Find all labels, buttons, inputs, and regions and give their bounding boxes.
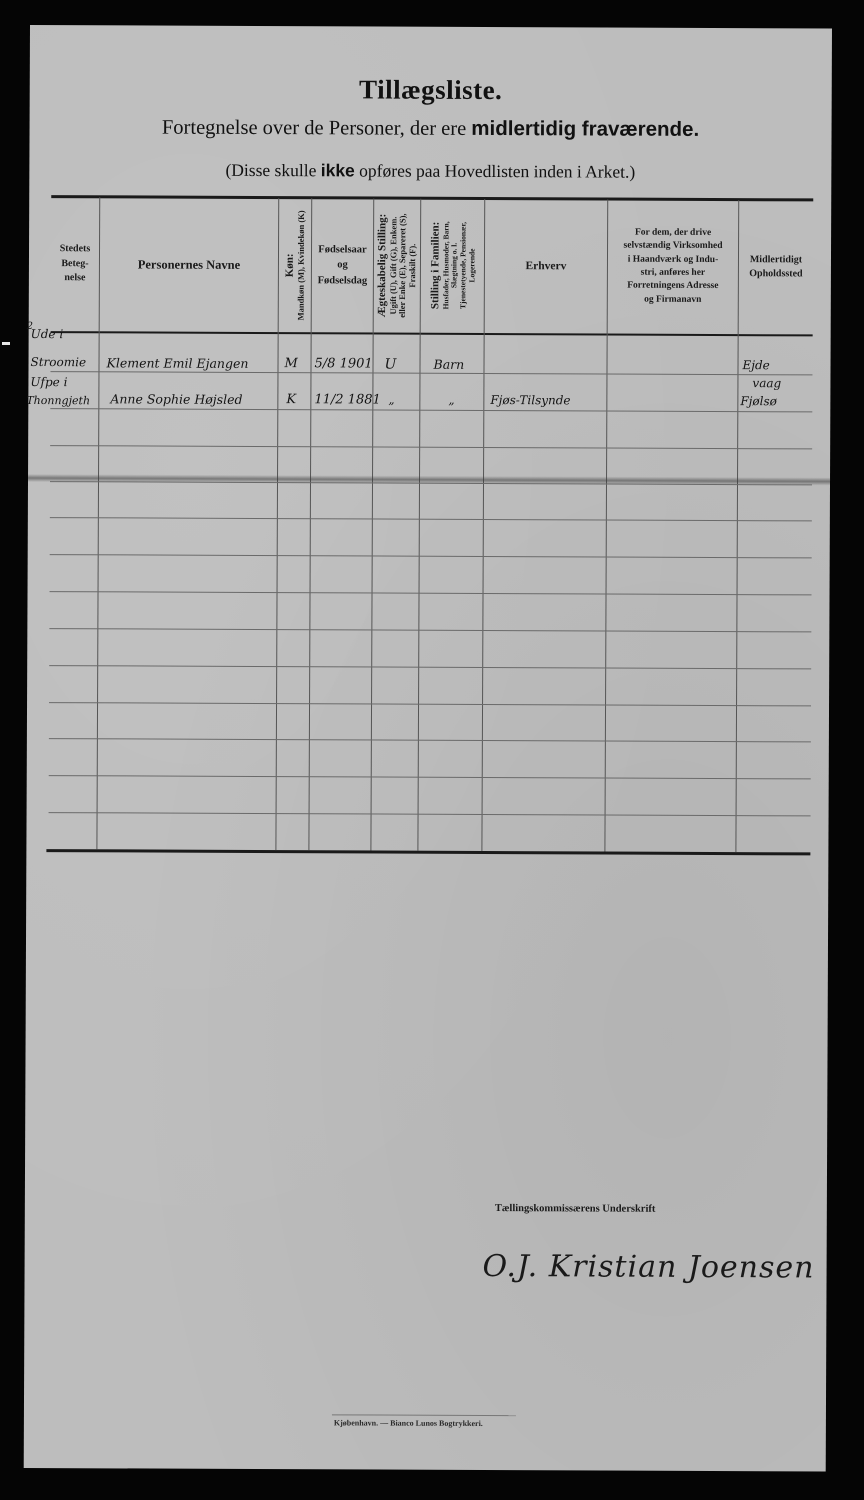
note-suffix: opføres paa Hovedlisten inden i Arket.) <box>355 160 636 181</box>
header-sub: Fraskilt (F). <box>407 244 417 288</box>
row1-marital: U <box>384 357 396 373</box>
row-line <box>49 702 811 706</box>
header-stedets-betegnelse: Stedets Beteg- nelse <box>51 199 100 329</box>
row1-family-position: Barn <box>433 357 464 372</box>
form-subtitle: Fortegnelse over de Personer, der ere mi… <box>30 115 832 142</box>
header-sub: Tjenestetyende, Pensionær, <box>458 222 467 309</box>
header-line: Opholdssted <box>749 267 802 282</box>
header-line: nelse <box>60 271 91 286</box>
row2-place-line2: Thonngjeth <box>26 394 90 407</box>
header-sub: Ugift (U), Gift (G), Enkem. <box>387 217 397 315</box>
header-line: For dem, der drive <box>624 227 723 241</box>
row-line <box>49 665 811 669</box>
header-kjon: Køn: Mandkøn (M), Kvindekøn (K) <box>279 200 312 330</box>
row-line <box>50 408 812 412</box>
row1-sex: M <box>284 356 297 371</box>
header-sub: Husfader, Husmoder, Barn, <box>440 222 449 310</box>
header-sub: eller Enke (E), Separeret (S), <box>397 213 407 317</box>
row1-birth: 5/8 1901 <box>314 356 372 371</box>
row1-residence-line1: Ejde <box>742 358 769 372</box>
header-stilling-i-familien: Stilling i Familien: Husfader, Husmoder,… <box>421 201 485 331</box>
header-fodselsaar: Fødselsaar og Fødselsdag <box>312 200 374 330</box>
header-main: Ægteskabelig Stilling: <box>376 214 388 318</box>
row-line <box>49 775 811 779</box>
row1-name: Klement Emil Ejangen <box>106 355 248 371</box>
row2-birth: 11/2 1881 <box>314 392 380 407</box>
header-line: Fødselsaar <box>318 242 368 257</box>
header-line: stri, anføres her <box>623 267 722 281</box>
header-kjon-sub: Mandkøn (M), Kvindekøn (K) <box>295 210 305 320</box>
row2-place-line1: Ufpe i <box>30 375 67 389</box>
printer-imprint: Kjøbenhavn. — Bianco Lunos Bogtrykkeri. <box>334 1418 483 1428</box>
header-sub: Slægtning o. l. <box>449 243 458 288</box>
census-form-sheet: Tillægsliste. Fortegnelse over de Person… <box>24 25 832 1471</box>
row-line <box>50 591 812 595</box>
header-line: Stedets <box>60 242 91 257</box>
row2-occupation: Fjøs-Tilsynde <box>490 393 570 407</box>
header-virksomhed: For dem, der drive selvstændig Virksomhe… <box>608 202 739 333</box>
header-midlertidigt-opholdssted: Midlertidigt Opholdssted <box>739 202 814 332</box>
header-kjon-main: Køn: <box>284 253 296 277</box>
note-prefix: (Disse skulle <box>225 160 320 180</box>
row1-residence-line2: vaag <box>752 376 781 390</box>
row-line <box>50 554 812 558</box>
header-line: Fødselsdag <box>318 273 368 288</box>
header-line: i Haandværk og Indu- <box>623 253 722 267</box>
header-line: selvstændig Virksomhed <box>624 240 723 254</box>
row-line <box>49 812 811 816</box>
header-line: Beteg- <box>60 257 91 272</box>
header-sub: Logerende <box>466 249 475 283</box>
row1-place-line2: Stroomie <box>30 355 86 369</box>
form-note: (Disse skulle ikke opføres paa Hovedlist… <box>29 159 831 183</box>
row-line <box>49 628 811 632</box>
subtitle-text: Fortegnelse over de Personer, der ere <box>162 117 471 140</box>
subtitle-emphasis: midlertidig fraværende. <box>471 117 699 141</box>
header-line: og Firmanavn <box>623 293 722 307</box>
row2-residence: Fjølsø <box>740 394 777 408</box>
header-aegteskabelig-stilling: Ægteskabelig Stilling: Ugift (U), Gift (… <box>374 201 421 331</box>
scan-edge-mark <box>2 342 10 345</box>
note-emphasis: ikke <box>321 160 355 180</box>
header-personernes-navne: Personernes Navne <box>100 199 279 330</box>
imprint-rule <box>332 1414 516 1416</box>
row2-marital-ditto: „ <box>388 393 394 407</box>
header-erhverv: Erhverv <box>485 201 608 332</box>
row1-place-line1: Ude i <box>31 327 64 341</box>
commissioner-signature: O.J. Kristian Joensen <box>483 1249 815 1285</box>
row-line <box>50 445 812 449</box>
row-line <box>50 371 812 375</box>
header-line: Forretningens Adresse <box>623 280 722 294</box>
row-line <box>49 738 811 742</box>
row-line <box>50 517 812 521</box>
header-line: og <box>318 258 368 273</box>
form-title: Tillægsliste. <box>30 73 832 107</box>
header-line: Midlertidigt <box>749 253 802 268</box>
header-main: Stilling i Familien: <box>429 222 441 309</box>
row2-family-ditto: „ <box>448 393 454 407</box>
row2-name: Anne Sophie Højsled <box>110 391 242 407</box>
table-bottom-rule <box>46 849 810 855</box>
row2-sex: K <box>286 392 296 407</box>
signature-label: Tællingskommissærens Underskrift <box>495 1203 656 1215</box>
